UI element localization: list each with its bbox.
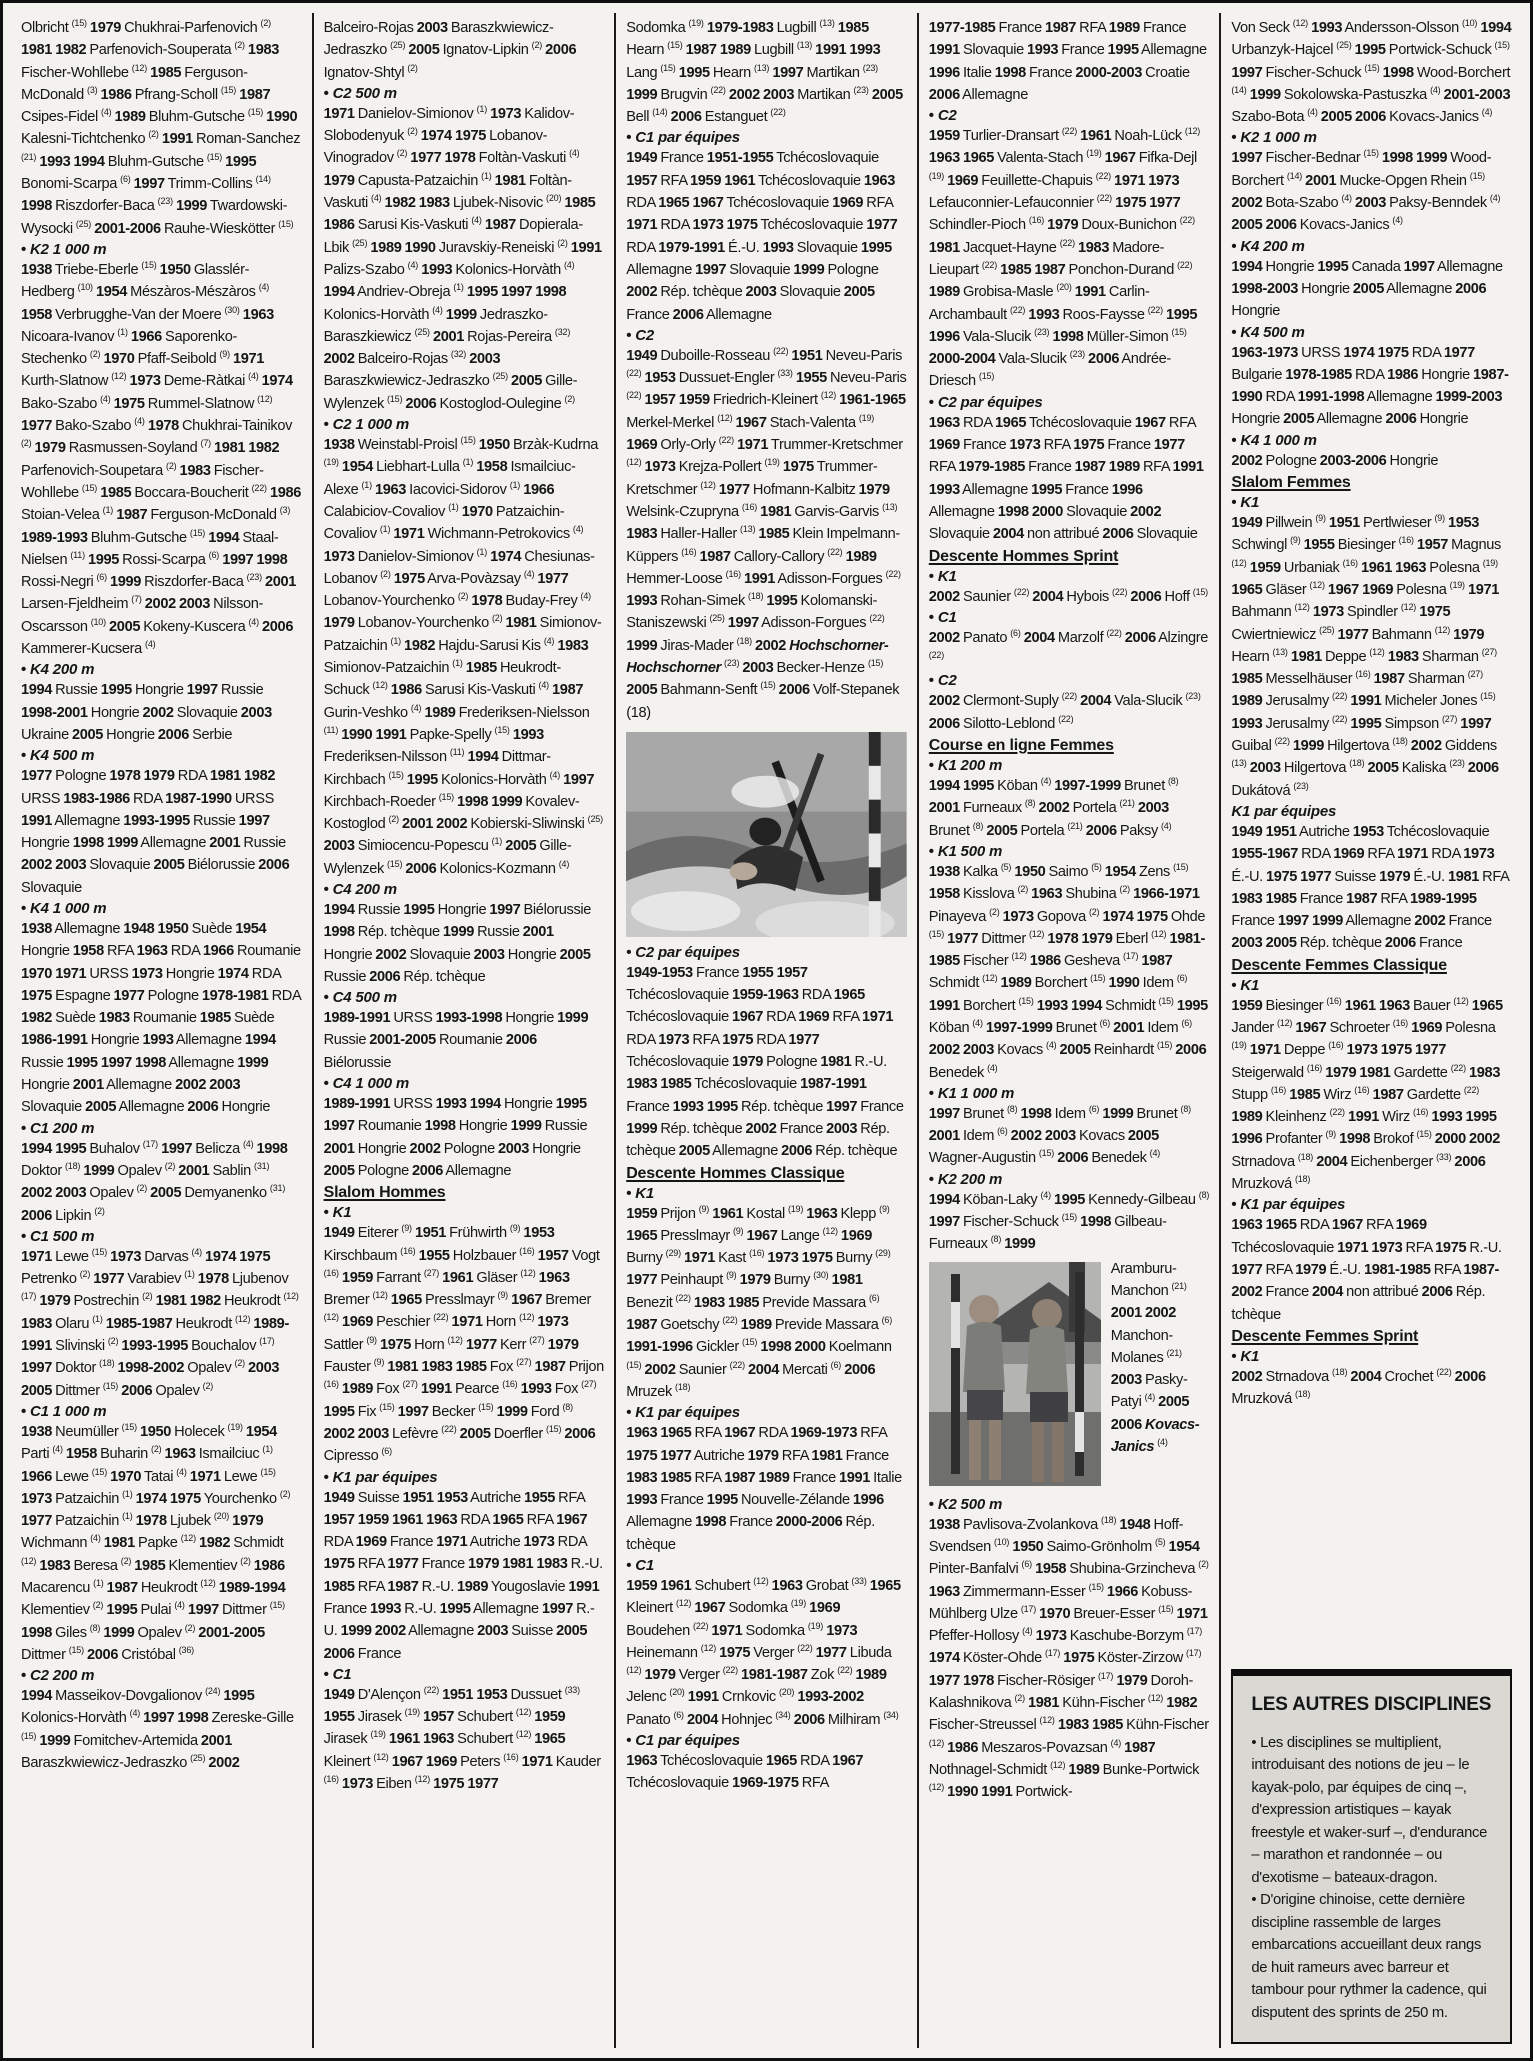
- bullet-icon: •: [21, 1667, 30, 1684]
- bullet-icon: •: [21, 1228, 30, 1245]
- section-header: Slalom Hommes: [324, 1184, 605, 1202]
- bullet-icon: •: [1231, 129, 1240, 146]
- entries-paragraph: 1963 1965 RDA 1967 RFA 1969 Tchécoslovaq…: [1231, 1214, 1512, 1325]
- bullet-icon: •: [929, 107, 938, 124]
- bullet-icon: •: [324, 1204, 333, 1221]
- bullet-icon: •: [324, 85, 333, 102]
- event-header: • K4 500 m: [1231, 324, 1512, 341]
- event-header: • C4 1 000 m: [324, 1075, 605, 1092]
- event-header: • K4 200 m: [1231, 238, 1512, 255]
- entries-paragraph: Sodomka (19) 1979-1983 Lugbill (13) 1985…: [626, 17, 907, 128]
- bullet-icon: •: [929, 672, 938, 689]
- entries-paragraph: 2002 Panato (6) 2004 Marzolf (22) 2006 A…: [929, 627, 1210, 672]
- event-header: • K2 1 000 m: [21, 241, 302, 258]
- event-header: • C4 200 m: [324, 881, 605, 898]
- entries-paragraph: 1938 Pavlisova-Zvolankova (18) 1948 Hoff…: [929, 1514, 1210, 1804]
- bullet-icon: •: [626, 1185, 635, 1202]
- entries-paragraph: 1971 Danielov-Simionov (1) 1973 Kalidov-…: [324, 103, 605, 415]
- info-box-paragraph: • Les disciplines se multiplient, introd…: [1251, 1732, 1492, 1890]
- bullet-icon: •: [929, 1496, 938, 1513]
- info-box-autres-disciplines: LES AUTRES DISCIPLINES• Les disciplines …: [1231, 1669, 1512, 2045]
- event-header: • K1: [626, 1185, 907, 1202]
- two-kayakers-photo: [929, 1262, 1101, 1491]
- bullet-icon: •: [626, 1404, 635, 1421]
- entries-paragraph: 1977 Pologne 1978 1979 RDA 1981 1982 URS…: [21, 765, 302, 899]
- entries-paragraph: 2002 Pologne 2003-2006 Hongrie: [1231, 450, 1512, 472]
- event-header: • K2 1 000 m: [1231, 129, 1512, 146]
- bullet-icon: •: [21, 241, 30, 258]
- entries-paragraph: 1938 Neumüller (15) 1950 Holecek (19) 19…: [21, 1421, 302, 1666]
- entries-paragraph: 1959 1961 Schubert (12) 1963 Grobat (33)…: [626, 1575, 907, 1731]
- event-header: • C2: [929, 107, 1210, 124]
- event-header: • K1 200 m: [929, 757, 1210, 774]
- entries-paragraph: 1959 Prijon (9) 1961 Kostal (19) 1963 Kl…: [626, 1203, 907, 1404]
- bullet-icon: •: [1231, 494, 1240, 511]
- entries-paragraph: 1949 1951 Autriche 1953 Tchécoslovaquie …: [1231, 821, 1512, 955]
- event-header: • C2 200 m: [21, 1667, 302, 1684]
- bullet-icon: •: [929, 1171, 938, 1188]
- event-header: • K4 1 000 m: [21, 900, 302, 917]
- info-box-paragraph: • D'origine chinoise, cette dernière dis…: [1251, 1889, 1492, 2024]
- bullet-icon: •: [626, 327, 635, 344]
- entries-paragraph: 1989-1991 URSS 1993 1994 Hongrie 1995 19…: [324, 1093, 605, 1182]
- entries-paragraph: 2002 Saunier (22) 2004 Hybois (22) 2006 …: [929, 586, 1210, 608]
- event-header: • C1 par équipes: [626, 1732, 907, 1749]
- bullet-icon: •: [626, 944, 635, 961]
- entries-paragraph: 1963 1965 RFA 1967 RDA 1969-1973 RFA 197…: [626, 1422, 907, 1556]
- entries-paragraph: 1989-1991 URSS 1993-1998 Hongrie 1999 Ru…: [324, 1007, 605, 1074]
- bullet-icon: •: [929, 757, 938, 774]
- entries-paragraph: 1949 D'Alençon (22) 1951 1953 Dussuet (3…: [324, 1684, 605, 1795]
- entries-paragraph: 1971 Lewe (15) 1973 Darvas (4) 1974 1975…: [21, 1246, 302, 1402]
- section-header: Descente Femmes Sprint: [1231, 1328, 1512, 1346]
- bullet-icon: •: [21, 1120, 30, 1137]
- bullet-icon: •: [324, 1075, 333, 1092]
- entries-paragraph: 1963 RDA 1965 Tchécoslovaquie 1967 RFA 1…: [929, 412, 1210, 546]
- entries-paragraph: 1949 Duboille-Rosseau (22) 1951 Neveu-Pa…: [626, 345, 907, 724]
- event-header: • C1 200 m: [21, 1120, 302, 1137]
- info-box-title: LES AUTRES DISCIPLINES: [1251, 1694, 1492, 1716]
- event-header: • K1 par équipes: [1231, 1196, 1512, 1213]
- event-header: • K1 500 m: [929, 843, 1210, 860]
- event-header: • K2 200 m: [929, 1171, 1210, 1188]
- column-2: Balceiro-Rojas 2003 Baraszkwiewicz-Jedra…: [312, 13, 615, 2048]
- bullet-icon: •: [1231, 977, 1240, 994]
- event-header: • K1 par équipes: [626, 1404, 907, 1421]
- event-header: • C1 par équipes: [626, 129, 907, 146]
- entries-paragraph: 1938 Triebe-Eberle (15) 1950 Glasslér-He…: [21, 259, 302, 660]
- entries-paragraph: 1938 Weinstabl-Proisl (15) 1950 Brzàk-Ku…: [324, 434, 605, 880]
- entries-paragraph: Balceiro-Rojas 2003 Baraszkwiewicz-Jedra…: [324, 17, 605, 84]
- bullet-icon: •: [929, 394, 938, 411]
- bullet-icon: •: [324, 1469, 333, 1486]
- bullet-icon: •: [626, 1557, 635, 1574]
- event-header: • C2 500 m: [324, 85, 605, 102]
- section-header: Descente Hommes Sprint: [929, 548, 1210, 566]
- event-header: • C2 par équipes: [626, 944, 907, 961]
- event-header: • C1 1 000 m: [21, 1403, 302, 1420]
- entries-paragraph: 1994 Masseikov-Dovgalionov (24) 1995 Kol…: [21, 1685, 302, 1774]
- section-header: Descente Femmes Classique: [1231, 957, 1512, 975]
- bullet-icon: •: [929, 843, 938, 860]
- bullet-icon: •: [626, 1732, 635, 1749]
- event-header: • C1 500 m: [21, 1228, 302, 1245]
- bullet-icon: •: [324, 989, 333, 1006]
- event-header: • C2: [929, 672, 1210, 689]
- event-header: • C1: [626, 1557, 907, 1574]
- event-header: • K1: [1231, 494, 1512, 511]
- event-header: • C2 par équipes: [929, 394, 1210, 411]
- entries-paragraph: 1949-1953 France 1955 1957 Tchécoslovaqu…: [626, 962, 907, 1163]
- bullet-icon: •: [929, 609, 938, 626]
- event-header: • K1 1 000 m: [929, 1085, 1210, 1102]
- entries-paragraph: 1994 1995 Buhalov (17) 1997 Belicza (4) …: [21, 1138, 302, 1227]
- entries-paragraph: 1938 Kalka (5) 1950 Saimo (5) 1954 Zens …: [929, 861, 1210, 1084]
- bullet-icon: •: [1231, 1196, 1240, 1213]
- entries-paragraph: 1994 Russie 1995 Hongrie 1997 Russie 199…: [21, 679, 302, 746]
- event-header: • C4 500 m: [324, 989, 605, 1006]
- entries-paragraph: 1994 1995 Köban (4) 1997-1999 Brunet (8)…: [929, 775, 1210, 842]
- entries-paragraph: 2002 Strnadova (18) 2004 Crochet (22) 20…: [1231, 1366, 1512, 1411]
- entries-paragraph: 1994 Russie 1995 Hongrie 1997 Biélorussi…: [324, 899, 605, 988]
- entries-paragraph: 1959 Turlier-Dransart (22) 1961 Noah-Lüc…: [929, 125, 1210, 393]
- event-header: K1 par équipes: [1231, 803, 1512, 820]
- bullet-icon: •: [1231, 1348, 1240, 1365]
- event-header: • K1: [1231, 977, 1512, 994]
- entries-paragraph: 1938 Allemagne 1948 1950 Suède 1954 Hong…: [21, 918, 302, 1119]
- event-header: • K1: [324, 1204, 605, 1221]
- column-3: Sodomka (19) 1979-1983 Lugbill (13) 1985…: [614, 13, 917, 2048]
- entries-paragraph: 1949 Pillwein (9) 1951 Pertlwieser (9) 1…: [1231, 512, 1512, 802]
- column-4: 1977-1985 France 1987 RFA 1989 France 19…: [917, 13, 1220, 2048]
- entries-paragraph: Olbricht (15) 1979 Chukhrai-Parfenovich …: [21, 17, 302, 240]
- entries-paragraph: 1949 Suisse 1951 1953 Autriche 1955 RFA …: [324, 1487, 605, 1665]
- almanac-page: Olbricht (15) 1979 Chukhrai-Parfenovich …: [0, 0, 1533, 2061]
- event-header: • K1: [1231, 1348, 1512, 1365]
- section-header: Course en ligne Femmes: [929, 737, 1210, 755]
- event-header: • K2 500 m: [929, 1496, 1210, 1513]
- bullet-icon: •: [1231, 324, 1240, 341]
- column-5: Von Seck (12) 1993 Andersson-Olsson (10)…: [1219, 13, 1522, 2048]
- event-header: • K1 par équipes: [324, 1469, 605, 1486]
- entries-paragraph: Von Seck (12) 1993 Andersson-Olsson (10)…: [1231, 17, 1512, 128]
- bullet-icon: •: [21, 900, 30, 917]
- entries-paragraph: 1994 Köban-Laky (4) 1995 Kennedy-Gilbeau…: [929, 1189, 1210, 1256]
- event-header: • C1: [929, 609, 1210, 626]
- column-1: Olbricht (15) 1979 Chukhrai-Parfenovich …: [11, 13, 312, 2048]
- entries-paragraph: 1977-1985 France 1987 RFA 1989 France 19…: [929, 17, 1210, 106]
- event-header: • C2: [626, 327, 907, 344]
- whitewater-kayaker-photo: [626, 732, 907, 937]
- bullet-icon: •: [21, 747, 30, 764]
- bullet-icon: •: [626, 129, 635, 146]
- bullet-icon: •: [1231, 238, 1240, 255]
- bullet-icon: •: [21, 1403, 30, 1420]
- entries-paragraph: 2002 Clermont-Suply (22) 2004 Vala-Sluci…: [929, 690, 1210, 735]
- bullet-icon: •: [324, 881, 333, 898]
- bullet-icon: •: [21, 661, 30, 678]
- section-header: Slalom Femmes: [1231, 474, 1512, 492]
- entries-paragraph: 1949 Eiterer (9) 1951 Frühwirth (9) 1953…: [324, 1222, 605, 1467]
- entries-paragraph: 1963 Tchécoslovaquie 1965 RDA 1967 Tchéc…: [626, 1750, 907, 1795]
- event-header: • C2 1 000 m: [324, 416, 605, 433]
- bullet-icon: •: [929, 1085, 938, 1102]
- event-header: • C1: [324, 1666, 605, 1683]
- section-header: Descente Hommes Classique: [626, 1165, 907, 1183]
- bullet-icon: •: [929, 568, 938, 585]
- event-header: • K4 200 m: [21, 661, 302, 678]
- event-header: • K1: [929, 568, 1210, 585]
- bullet-icon: •: [1231, 432, 1240, 449]
- entries-paragraph: 1963-1973 URSS 1974 1975 RDA 1977 Bulgar…: [1231, 342, 1512, 431]
- entries-paragraph: 1997 Brunet (8) 1998 Idem (6) 1999 Brune…: [929, 1103, 1210, 1170]
- entries-paragraph: 1997 Fischer-Bednar (15) 1998 1999 Wood-…: [1231, 147, 1512, 236]
- entries-paragraph: 1994 Hongrie 1995 Canada 1997 Allemagne …: [1231, 256, 1512, 323]
- bullet-icon: •: [324, 416, 333, 433]
- entries-paragraph: 1959 Biesinger (16) 1961 1963 Bauer (12)…: [1231, 995, 1512, 1196]
- event-header: • K4 1 000 m: [1231, 432, 1512, 449]
- bullet-icon: •: [324, 1666, 333, 1683]
- photo-with-caption: Aramburu-Manchon (21) 2001 2002 Manchon-…: [929, 1258, 1210, 1493]
- entries-paragraph: 1949 France 1951-1955 Tchécoslovaquie 19…: [626, 147, 907, 325]
- event-header: • K4 500 m: [21, 747, 302, 764]
